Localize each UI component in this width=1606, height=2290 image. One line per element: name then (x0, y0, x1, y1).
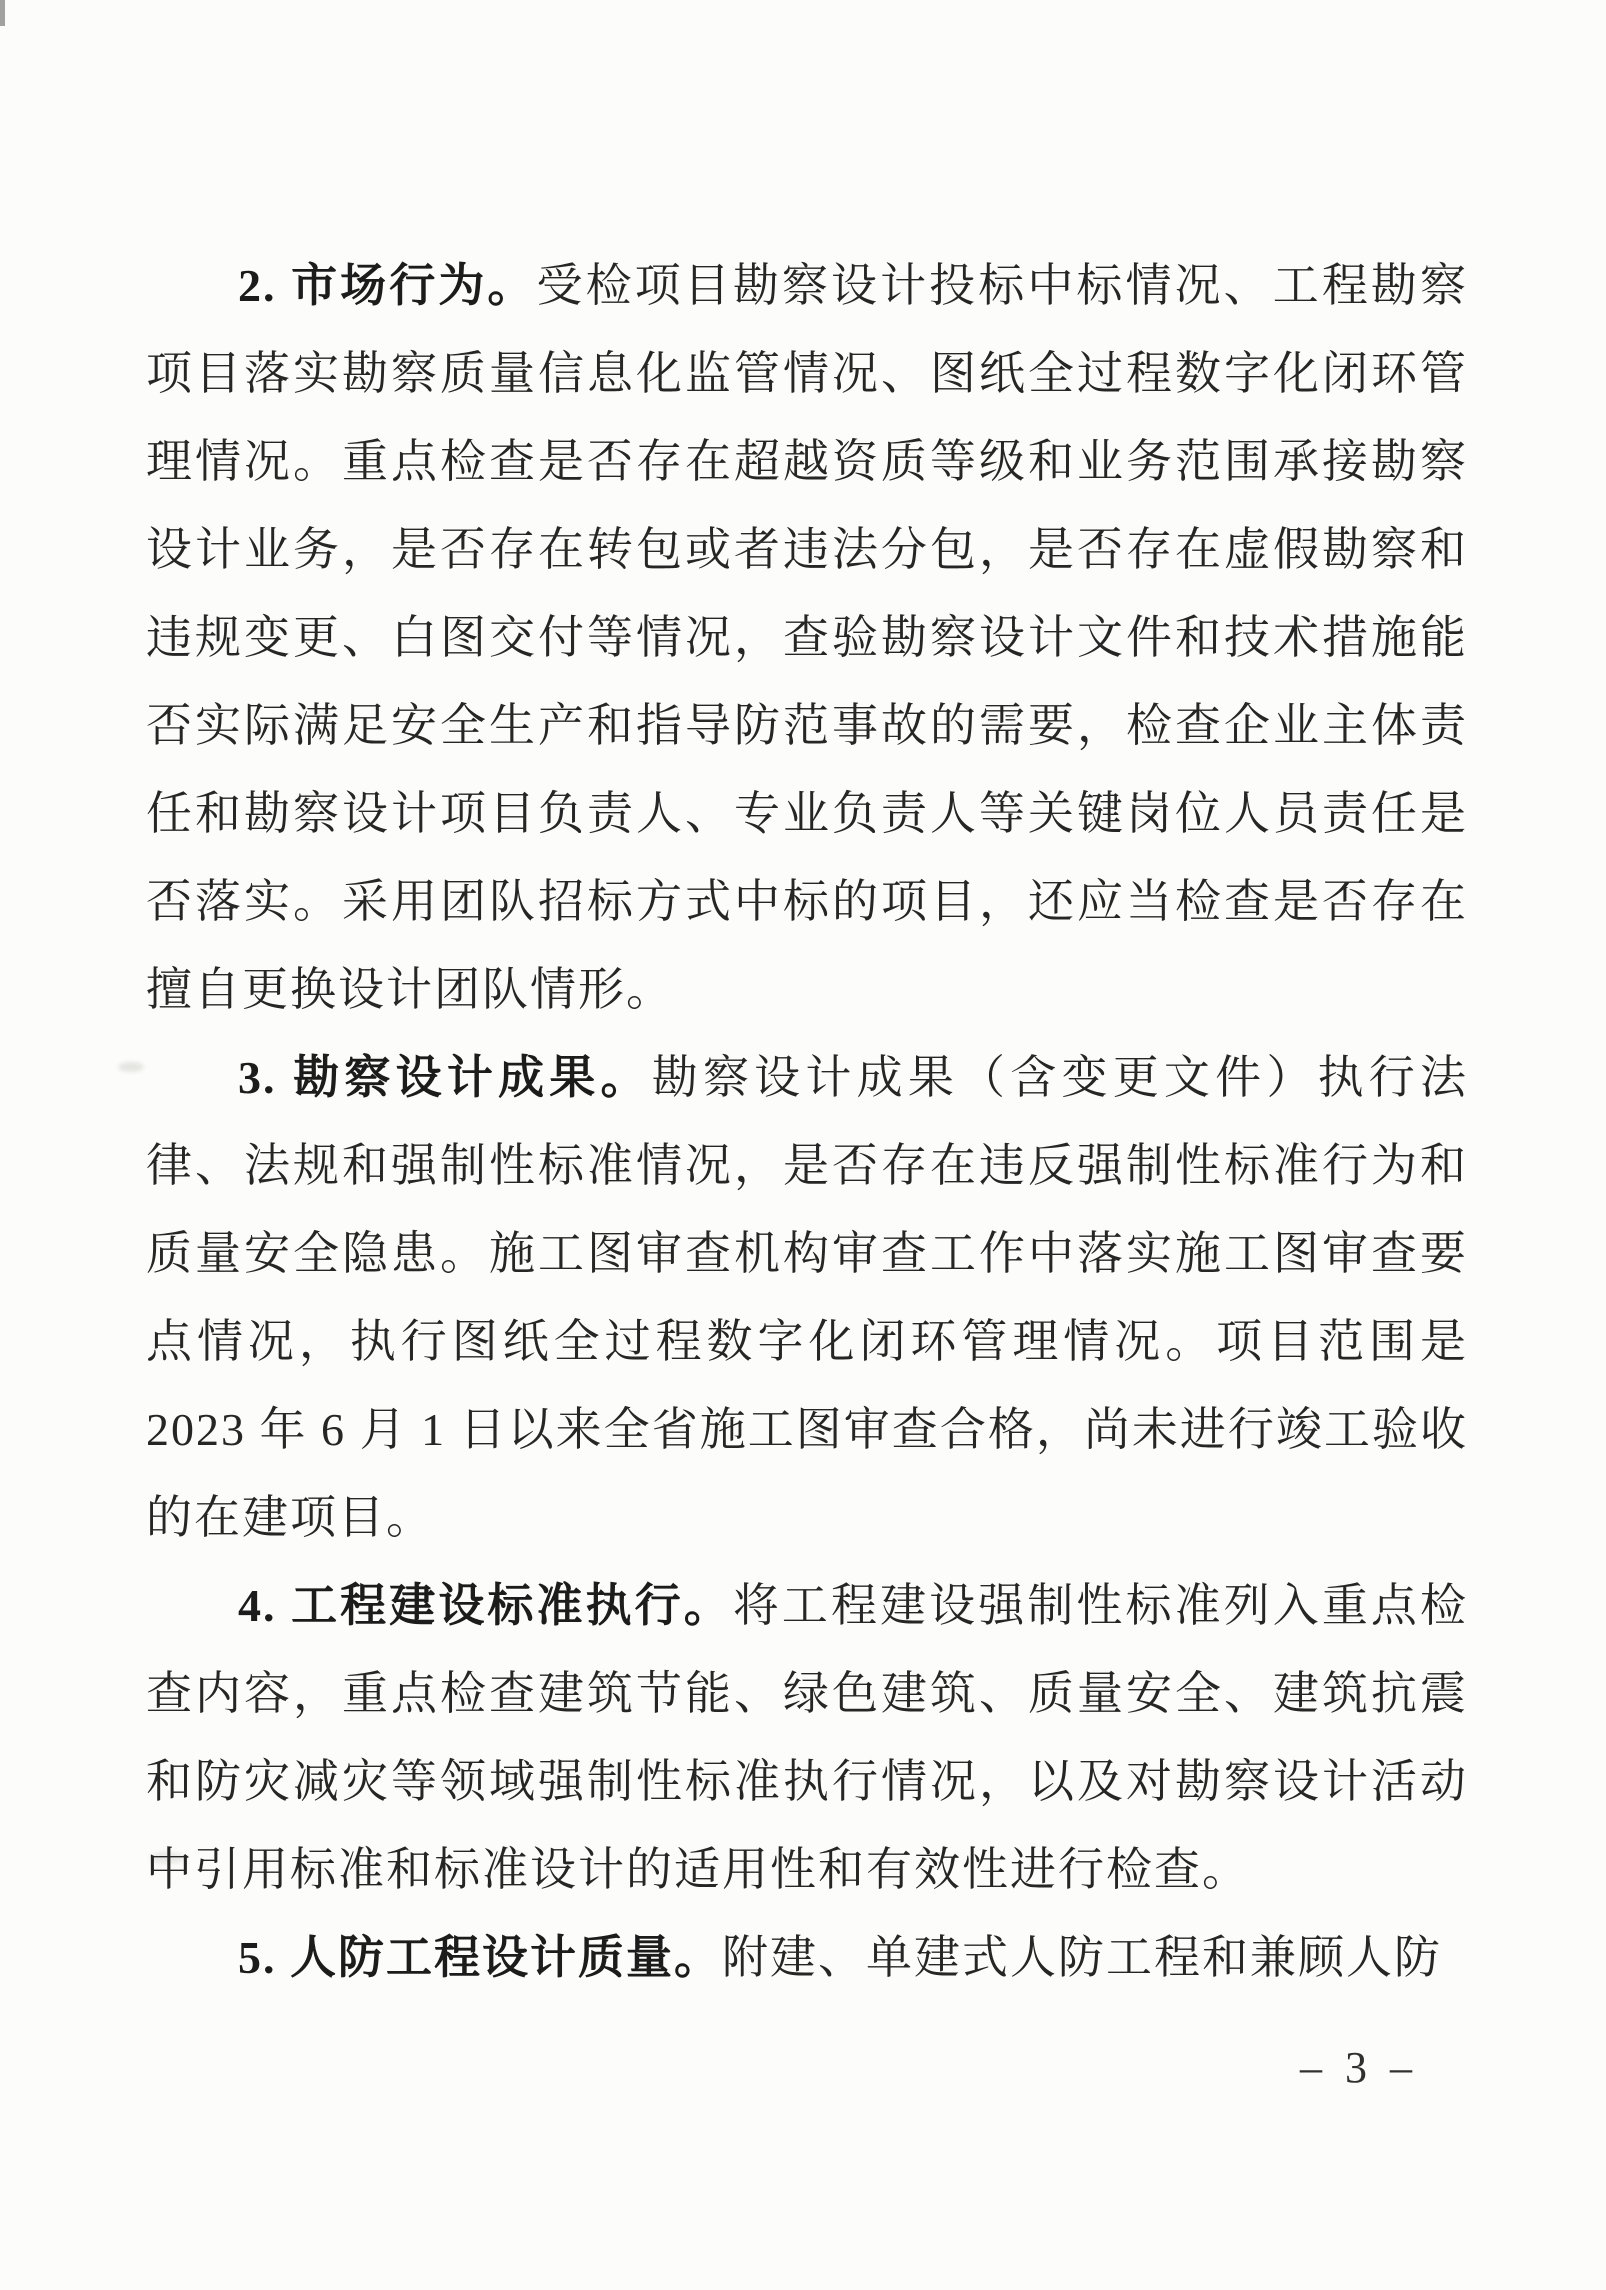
document-page: 2. 市场行为。受检项目勘察设计投标中标情况、工程勘察项目落实勘察质量信息化监管… (0, 0, 1606, 2290)
document-body: 2. 市场行为。受检项目勘察设计投标中标情况、工程勘察项目落实勘察质量信息化监管… (146, 242, 1468, 2002)
paragraph-lead: 2. 市场行为。 (238, 260, 537, 311)
paragraph-body: 附建、单建式人防工程和兼顾人防 (722, 1932, 1442, 1983)
scan-edge-artifact (0, 0, 5, 26)
page-number: – 3 – (1300, 2042, 1418, 2093)
paragraph-market-behavior: 2. 市场行为。受检项目勘察设计投标中标情况、工程勘察项目落实勘察质量信息化监管… (146, 242, 1468, 1034)
paragraph-body: 受检项目勘察设计投标中标情况、工程勘察项目落实勘察质量信息化监管情况、图纸全过程… (146, 260, 1468, 1015)
paragraph-lead: 3. 勘察设计成果。 (238, 1052, 652, 1103)
paragraph-lead: 4. 工程建设标准执行。 (238, 1580, 733, 1631)
paragraph-body: 勘察设计成果（含变更文件）执行法律、法规和强制性标准情况，是否存在违反强制性标准… (146, 1052, 1468, 1543)
paragraph-survey-design-results: 3. 勘察设计成果。勘察设计成果（含变更文件）执行法律、法规和强制性标准情况，是… (146, 1034, 1468, 1562)
scan-speck (118, 1062, 144, 1072)
paragraph-lead: 5. 人防工程设计质量。 (238, 1932, 722, 1983)
paragraph-civil-defense-quality: 5. 人防工程设计质量。附建、单建式人防工程和兼顾人防 (146, 1914, 1468, 2002)
paragraph-construction-standards: 4. 工程建设标准执行。将工程建设强制性标准列入重点检查内容，重点检查建筑节能、… (146, 1562, 1468, 1914)
